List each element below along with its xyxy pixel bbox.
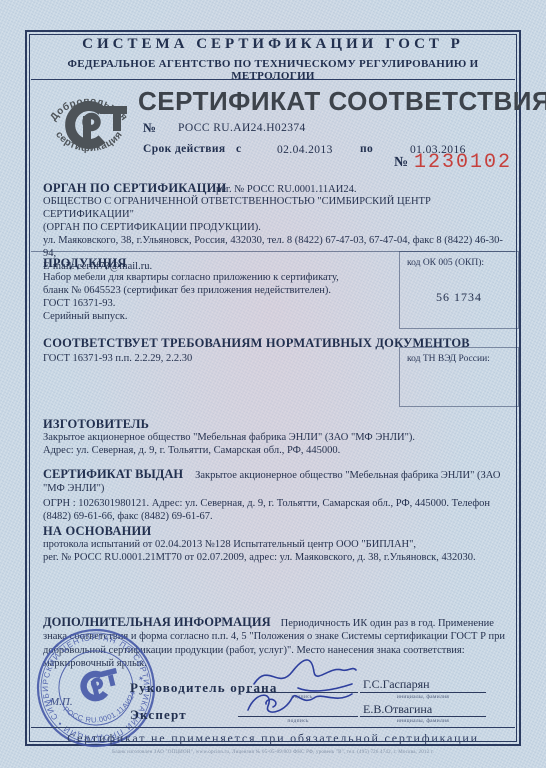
tnved-code-box: код ТН ВЭД России:	[399, 347, 519, 407]
production-details: Набор мебели для квартиры согласно прило…	[43, 271, 393, 323]
organ-line: ОБЩЕСТВО С ОГРАНИЧЕННОЙ ОТВЕТСТВЕННОСТЬЮ…	[43, 195, 511, 221]
issued-to-ogrn: ОГРН : 1026301980121. Адрес: ул. Северна…	[43, 497, 513, 524]
basis-details: протокола испытаний от 02.04.2013 №128 И…	[43, 538, 513, 564]
okp-code-label: код ОК 005 (ОКП):	[407, 258, 484, 268]
basis-line: протокола испытаний от 02.04.2013 №128 И…	[43, 538, 513, 551]
issued-to-heading: СЕРТИФИКАТ ВЫДАН	[43, 467, 183, 481]
production-line: ГОСТ 16371-93.	[43, 297, 393, 310]
certificate-title: СЕРТИФИКАТ СООТВЕТСТВИЯ	[138, 86, 516, 117]
organ-line: (ОРГАН ПО СЕРТИФИКАЦИИ ПРОДУКЦИИ).	[43, 221, 511, 234]
certificate-page: СИСТЕМА СЕРТИФИКАЦИИ ГОСТ Р ФЕДЕРАЛЬНОЕ …	[0, 0, 546, 768]
basis-line: рег. № РОСС RU.0001.21МТ70 от 02.07.2009…	[43, 551, 513, 564]
expert-signature-line	[238, 716, 358, 717]
blank-number-label: №	[394, 155, 408, 171]
expert-name-line	[360, 716, 486, 717]
production-line: Набор мебели для квартиры согласно прило…	[43, 271, 393, 284]
rst-voluntary-certification-logo-icon: Добровольная сертификация	[44, 86, 134, 164]
cert-number-value: РОСС RU.АИ24.Н02374	[178, 122, 306, 134]
production-line: Серийный выпуск.	[43, 310, 393, 323]
organ-heading: ОРГАН ПО СЕРТИФИКАЦИИ	[43, 181, 227, 196]
manufacturer-details: Закрытое акционерное общество "Мебельная…	[43, 431, 511, 457]
footer-divider	[31, 727, 515, 728]
blank-number-value: 1230102	[414, 151, 512, 174]
production-heading: ПРОДУКЦИЯ	[43, 256, 127, 271]
expert-name: Е.В.Отвагина	[363, 702, 432, 717]
basis-heading: НА ОСНОВАНИИ	[43, 524, 151, 539]
okp-code-value: 56 1734	[400, 290, 518, 305]
conformity-line: ГОСТ 16371-93 п.п. 2.2.29, 2.2.30	[43, 352, 192, 365]
footer-bar-text: Сертификат не применяется при обязательн…	[30, 731, 516, 746]
head-name-caption: инициалы, фамилия	[360, 694, 486, 700]
cert-number-label: №	[143, 120, 156, 136]
manufacturer-line: Адрес: ул. Северная, д. 9, г. Тольятти, …	[43, 444, 511, 457]
tnved-code-label: код ТН ВЭД России:	[407, 354, 490, 364]
additional-info-heading: ДОПОЛНИТЕЛЬНАЯ ИНФОРМАЦИЯ	[43, 615, 271, 629]
validity-to-label: по	[360, 143, 373, 155]
validity-label: Срок действия	[143, 143, 226, 155]
production-line: бланк № 0645523 (сертификат без приложен…	[43, 284, 393, 297]
manufacturer-heading: ИЗГОТОВИТЕЛЬ	[43, 417, 149, 432]
system-title: СИСТЕМА СЕРТИФИКАЦИИ ГОСТ Р	[30, 36, 516, 53]
manufacturer-line: Закрытое акционерное общество "Мебельная…	[43, 431, 511, 444]
head-name-line	[360, 692, 486, 693]
expert-label: Эксперт	[130, 707, 187, 723]
okp-code-box: код ОК 005 (ОКП): 56 1734	[399, 251, 519, 329]
stamp-rst-mark-glyph	[81, 669, 122, 702]
blank-imprint: Бланк изготовлен ЗАО "ОПЦИОН", www.opcio…	[73, 750, 473, 755]
expert-name-caption: инициалы, фамилия	[360, 718, 486, 724]
issued-to-paragraph: СЕРТИФИКАТ ВЫДАНЗакрытое акционерное общ…	[43, 468, 507, 496]
stamp-star-left: ✶	[47, 697, 55, 706]
header-divider	[31, 79, 515, 80]
validity-from-date: 02.04.2013	[277, 144, 333, 156]
validity-from-label: с	[236, 143, 242, 155]
head-name: Г.С.Гаспарян	[363, 677, 430, 692]
expert-signature-caption: подпись	[238, 718, 358, 724]
